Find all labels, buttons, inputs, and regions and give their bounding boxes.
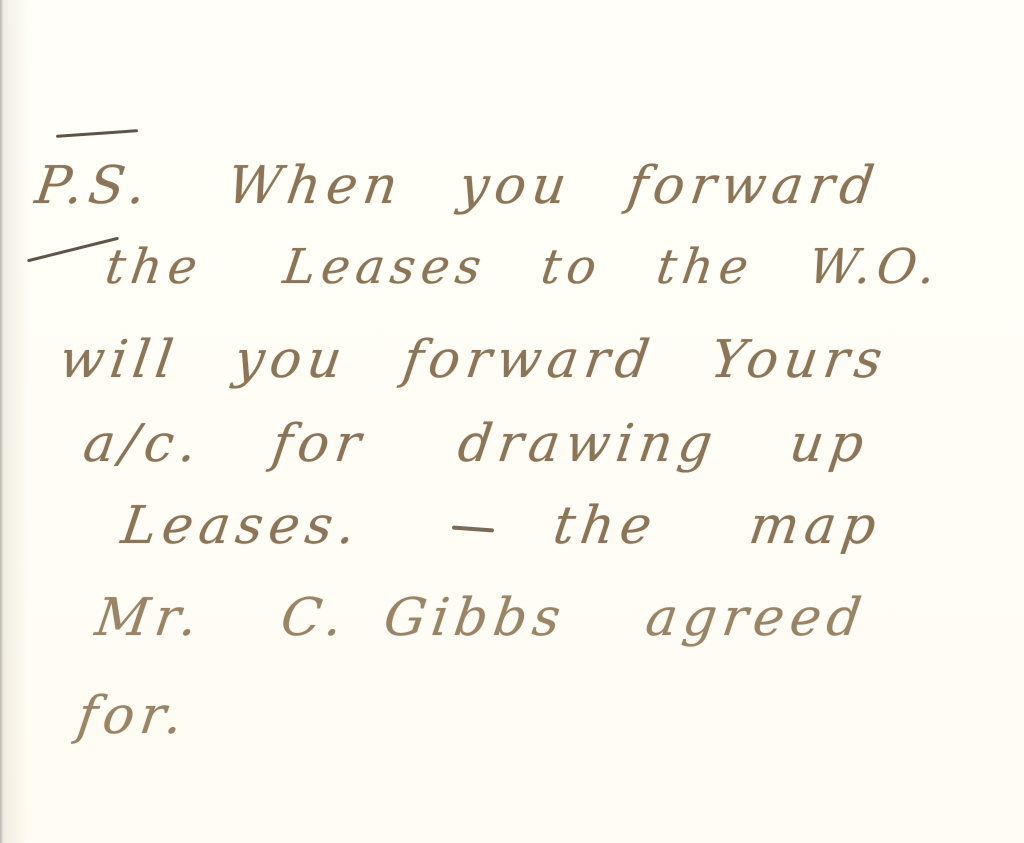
word: the xyxy=(654,243,757,291)
note-line-4: a/c. for drawing up xyxy=(80,418,906,470)
word: P.S. xyxy=(32,160,155,212)
word: a/c. xyxy=(80,418,205,470)
word: will xyxy=(56,334,182,386)
word: the xyxy=(103,243,206,291)
word: to xyxy=(538,243,605,291)
word: Gibbs xyxy=(381,592,570,644)
word: Yours xyxy=(708,334,891,386)
note-line-2: the Leases to the W.O. xyxy=(103,243,979,291)
word: forward xyxy=(625,160,883,212)
note-line-7: for. xyxy=(74,690,226,742)
word: W.O. xyxy=(806,243,945,291)
word: for. xyxy=(74,690,192,742)
word: the xyxy=(550,500,660,552)
ps-underline-stroke xyxy=(27,237,119,263)
word: you xyxy=(456,160,575,212)
handwritten-note: P.S. When you forward the Leases to the … xyxy=(0,0,1024,843)
word: you xyxy=(231,334,350,386)
note-line-5: Leases. – the map xyxy=(118,500,919,552)
word: C. xyxy=(278,592,352,644)
paper-sheet: P.S. When you forward the Leases to the … xyxy=(0,0,1024,843)
ps-overline-stroke xyxy=(56,129,138,138)
word: When xyxy=(224,160,407,212)
word: up xyxy=(787,418,873,470)
word: forward xyxy=(400,334,658,386)
word: Leases xyxy=(281,243,490,291)
word: drawing xyxy=(455,418,721,470)
word: Mr. xyxy=(92,592,206,644)
word: map xyxy=(746,500,885,552)
word: for xyxy=(269,418,370,470)
word: Leases. xyxy=(118,500,364,552)
note-line-6: Mr. C. Gibbs agreed xyxy=(92,592,904,644)
word: agreed xyxy=(643,592,870,644)
note-line-1: P.S. When you forward xyxy=(32,160,917,212)
note-line-3: will you forward Yours xyxy=(56,334,925,386)
